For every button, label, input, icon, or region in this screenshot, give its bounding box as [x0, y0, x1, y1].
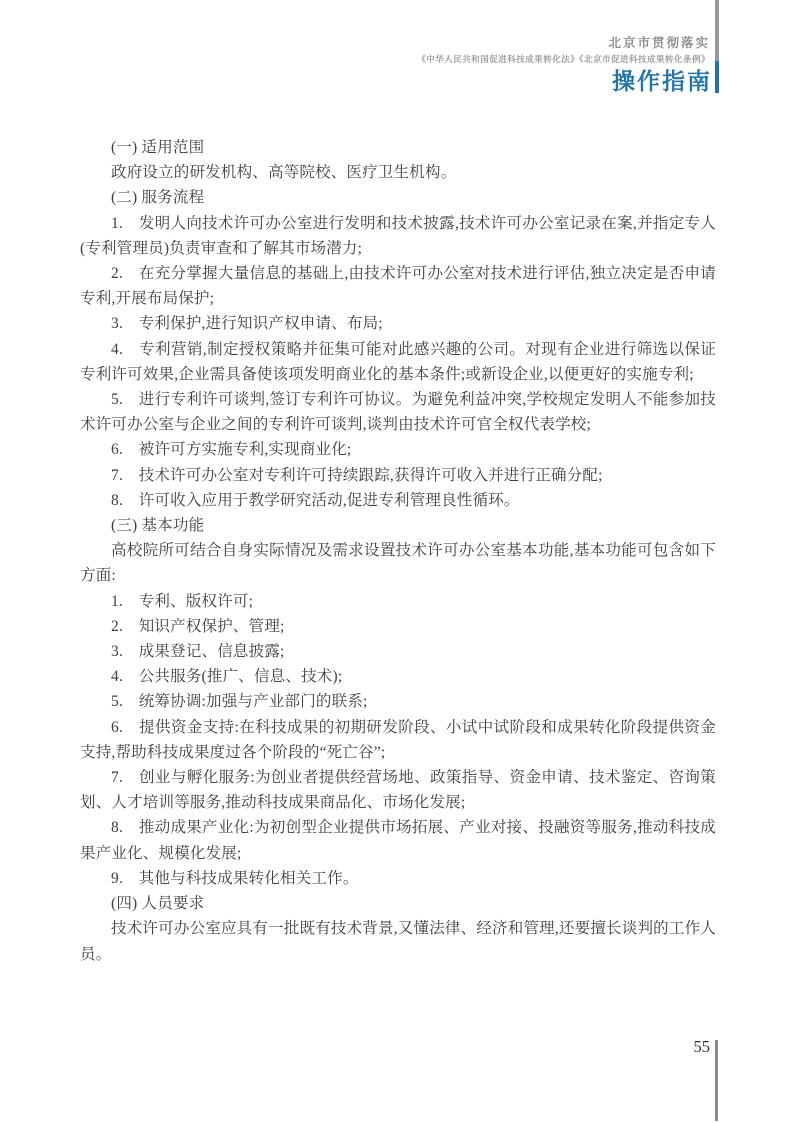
list-item: 2. 在充分掌握大量信息的基础上,由技术许可办公室对技术进行评估,独立决定是否申… — [80, 261, 716, 311]
footer-rule — [715, 1040, 718, 1121]
header-context-line: 北京市贯彻落实 — [608, 33, 710, 51]
list-item: 5. 统筹协调:加强与产业部门的联系; — [80, 689, 716, 714]
header-accent-bar — [715, 0, 719, 93]
header-title: 操作指南 — [612, 63, 712, 96]
document-page: 北京市贯彻落实 《中华人民共和国促进科技成果转化法》《北京市促进科技成果转化条例… — [0, 0, 794, 1123]
list-item: 7. 技术许可办公室对专利许可持续跟踪,获得许可收入并进行正确分配; — [80, 463, 716, 488]
list-item: 4. 公共服务(推广、信息、技术); — [80, 664, 716, 689]
list-item: 7. 创业与孵化服务:为创业者提供经营场地、政策指导、资金申请、技术鉴定、咨询策… — [80, 765, 716, 815]
document-body: (一) 适用范围 政府设立的研发机构、高等院校、医疗卫生机构。 (二) 服务流程… — [80, 135, 716, 967]
list-item: 4. 专利营销,制定授权策略并征集可能对此感兴趣的公司。对现有企业进行筛选以保证… — [80, 337, 716, 387]
page-number: 55 — [678, 1037, 710, 1057]
list-item: 6. 被许可方实施专利,实现商业化; — [80, 437, 716, 462]
section-heading: (三) 基本功能 — [80, 513, 716, 538]
list-item: 9. 其他与科技成果转化相关工作。 — [80, 866, 716, 891]
list-item: 8. 推动成果产业化:为初创型企业提供市场拓展、产业对接、投融资等服务,推动科技… — [80, 815, 716, 865]
list-item: 3. 专利保护,进行知识产权申请、布局; — [80, 311, 716, 336]
accent-bar-gray-segment — [715, 0, 719, 61]
section-heading: (二) 服务流程 — [80, 185, 716, 210]
list-item: 1. 发明人向技术许可办公室进行发明和技术披露,技术许可办公室记录在案,并指定专… — [80, 211, 716, 261]
list-item: 2. 知识产权保护、管理; — [80, 614, 716, 639]
accent-bar-blue-segment — [715, 61, 719, 93]
section-heading: (一) 适用范围 — [80, 135, 716, 160]
section-heading: (四) 人员要求 — [80, 891, 716, 916]
paragraph: 政府设立的研发机构、高等院校、医疗卫生机构。 — [80, 160, 716, 185]
list-item: 3. 成果登记、信息披露; — [80, 639, 716, 664]
list-item: 8. 许可收入应用于教学研究活动,促进专利管理良性循环。 — [80, 488, 716, 513]
list-item: 1. 专利、版权许可; — [80, 589, 716, 614]
list-item: 5. 进行专利许可谈判,签订专利许可协议。为避免利益冲突,学校规定发明人不能参加… — [80, 387, 716, 437]
paragraph: 技术许可办公室应具有一批既有技术背景,又懂法律、经济和管理,还要擅长谈判的工作人… — [80, 916, 716, 966]
paragraph: 高校院所可结合自身实际情况及需求设置技术许可办公室基本功能,基本功能可包含如下方… — [80, 538, 716, 588]
list-item: 6. 提供资金支持:在科技成果的初期研发阶段、小试中试阶段和成果转化阶段提供资金… — [80, 715, 716, 765]
